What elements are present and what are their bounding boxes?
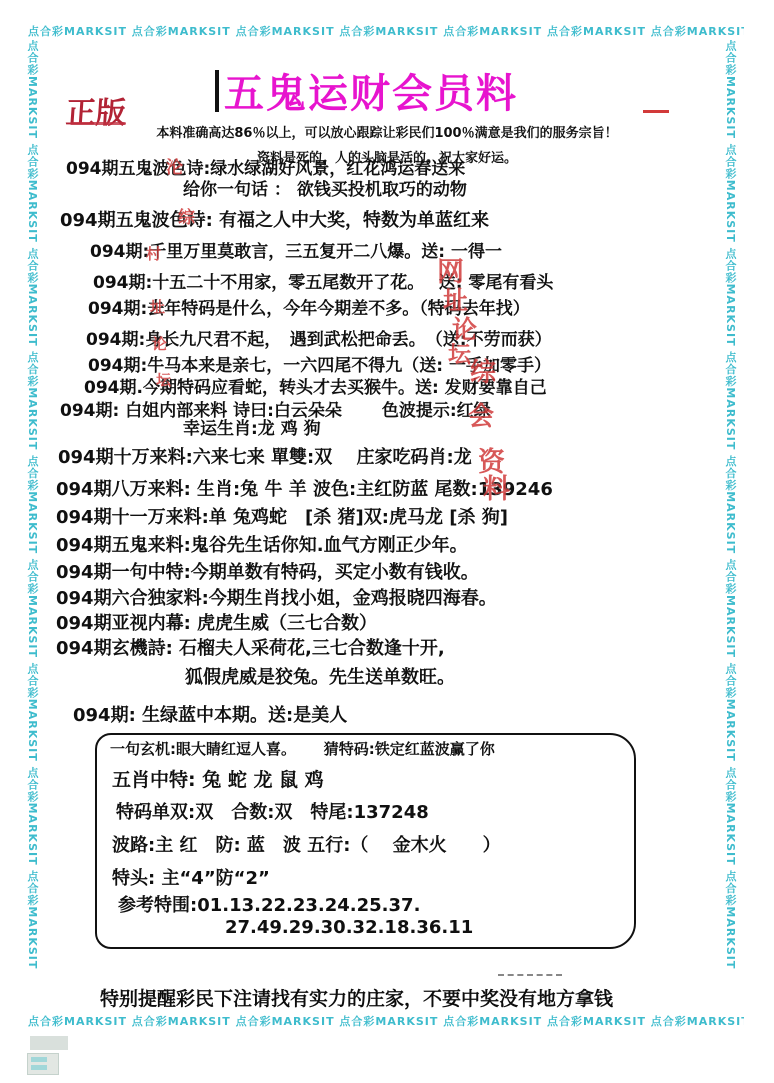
box-line: 27.49.29.30.32.18.36.11 [225, 918, 473, 939]
prediction-line: 幸运生肖:龙 鸡 狗 [183, 420, 321, 440]
prediction-line: 094期五鬼波色诗: 有福之人中大奖，特数为单蓝红来 [60, 211, 489, 232]
border-watermark-top: 点合彩MARKSIT 点合彩MARKSIT 点合彩MARKSIT 点合彩MARK… [28, 24, 744, 40]
prediction-line: 094期亚视内幕: 虎虎生威（三七合数） [56, 614, 377, 635]
red-watermark-char: 料 [483, 467, 510, 506]
prediction-line: 094期十一万来料:单 兔鸡蛇 [杀 猪]双:虎马龙 [杀 狗] [56, 508, 508, 529]
box-line: 五肖中特: 兔 蛇 龙 鼠 鸡 [112, 770, 324, 792]
red-watermark-char: 沦 [166, 153, 183, 178]
red-watermark-char: 村 [146, 243, 161, 264]
border-watermark-bottom: 点合彩MARKSIT 点合彩MARKSIT 点合彩MARKSIT 点合彩MARK… [28, 1014, 744, 1030]
footer-dashes [498, 974, 562, 976]
red-dash-mark [643, 110, 669, 113]
box-line: 特码单双:双 合数:双 特尾:137248 [116, 803, 429, 824]
red-watermark-char: 坛 [448, 336, 471, 369]
title-divider-bar [215, 70, 219, 112]
prediction-line: 094期十万来料:六来七来 單雙:双 庄家吃码肖:龙 [58, 448, 472, 469]
footer-warning: 特别提醒彩民下注请找有实力的庄家，不要中奖没有地方拿钱 [100, 984, 613, 1011]
prediction-line: 狐假虎威是狡兔。先生送单数旺。 [185, 668, 455, 689]
border-watermark-left: 点合彩MARKSIT 点合彩MARKSIT 点合彩MARKSIT 点合彩MARK… [24, 40, 40, 1010]
red-watermark-char: 会 [468, 396, 494, 433]
scan-artifact [27, 1053, 59, 1075]
red-watermark-char: 址 [150, 296, 165, 317]
tip-sheet-page: 点合彩MARKSIT 点合彩MARKSIT 点合彩MARKSIT 点合彩MARK… [0, 0, 774, 1083]
border-watermark-right: 点合彩MARKSIT 点合彩MARKSIT 点合彩MARKSIT 点合彩MARK… [722, 40, 738, 1010]
red-watermark-char: 综 [178, 203, 195, 228]
prediction-line: 094期玄機詩: 石榴夫人采荷花,三七合数逢十开, [56, 639, 445, 660]
prediction-line: 094期:十五二十不用家，零五尾数开了花。 送: 零尾有看头 [93, 274, 553, 294]
page-title: 五鬼运财会员料 [224, 62, 518, 119]
prediction-line: 094期五鬼波色诗:绿水绿湖好风景，红花鸿运春送来 [66, 160, 465, 180]
prediction-line: 094期: 生绿蓝中本期。送:是美人 [73, 706, 347, 727]
prediction-line: 094期六合独家料:今期生肖找小姐，金鸡报晓四海春。 [56, 589, 497, 610]
box-line: 一句玄机:眼大睛红逗人喜。 猜特码:铁定红蓝波赢了你 [110, 741, 495, 758]
box-line: 波路:主 红 防: 蓝 波 五行:（ 金木火 ） [112, 836, 501, 857]
scan-artifact [30, 1036, 68, 1050]
red-watermark-char: 论 [152, 333, 167, 354]
red-watermark-char: 坛 [156, 369, 171, 390]
prediction-line: 094期一句中特:今期单数有特码，买定小数有钱收。 [56, 563, 479, 584]
prediction-line: 094期八万来料: 生肖:兔 牛 羊 波色:主红防蓝 尾数:139246 [56, 480, 553, 501]
box-line: 参考特围:01.13.22.23.24.25.37. [118, 896, 420, 917]
prediction-line: 给你一句话 ： 欲钱买投机取巧的动物 [183, 181, 467, 201]
red-watermark-char: 综 [470, 352, 496, 389]
accuracy-claim: 本料准确高达86％以上，可以放心跟踪让彩民们100％满意是我们的服务宗旨！ [0, 122, 774, 141]
box-line: 特头: 主“4”防“2” [112, 869, 270, 890]
prediction-line: 094期五鬼来料:鬼谷先生话你知.血气方刚正少年。 [56, 536, 468, 557]
